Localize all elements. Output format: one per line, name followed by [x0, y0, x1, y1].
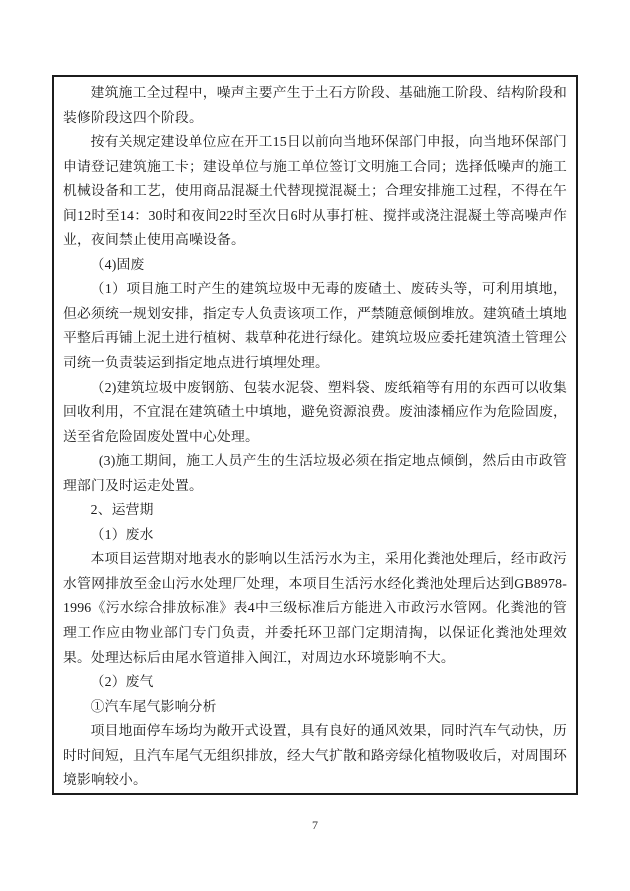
heading-vehicle-exhaust: ①汽车尾气影响分析 [63, 695, 567, 720]
heading-solid-waste: （4)固废 [63, 253, 567, 278]
report-text-cell: 建筑施工全过程中，噪声主要产生于土石方阶段、基础施工阶段、结构阶段和装修阶段这四… [52, 75, 578, 795]
page-number: 7 [0, 818, 630, 833]
paragraph-noise-regulations: 按有关规定建设单位应在开工15日以前向当地环保部门申报，向当地环保部门申请登记建… [63, 130, 567, 253]
paragraph-noise-phases: 建筑施工全过程中，噪声主要产生于土石方阶段、基础施工阶段、结构阶段和装修阶段这四… [63, 81, 567, 130]
paragraph-solid-waste-3: (3)施工期间，施工人员产生的生活垃圾必须在指定地点倾倒，然后由市政管理部门及时… [63, 449, 567, 498]
paragraph-solid-waste-2: （2)建筑垃圾中废钢筋、包装水泥袋、塑料袋、废纸箱等有用的东西可以收集回收利用，… [63, 376, 567, 450]
paragraph-solid-waste-1: （1）项目施工时产生的建筑垃圾中无毒的废碴土、废砖头等，可利用填地，但必须统一规… [63, 277, 567, 375]
paragraph-vehicle-exhaust: 项目地面停车场均为敞开式设置，具有良好的通风效果，同时汽车气动快，历时时间短，且… [63, 719, 567, 793]
heading-waste-gas: （2）废气 [63, 670, 567, 695]
paragraph-wastewater: 本项目运营期对地表水的影响以生活污水为主，采用化粪池处理后，经市政污水管网排放至… [63, 547, 567, 670]
document-page: 建筑施工全过程中，噪声主要产生于土石方阶段、基础施工阶段、结构阶段和装修阶段这四… [0, 0, 630, 891]
heading-wastewater: （1）废水 [63, 523, 567, 548]
heading-residential-gas: ②居住燃气及油烟影响分析 [63, 793, 567, 795]
heading-operation-period: 2、运营期 [63, 498, 567, 523]
